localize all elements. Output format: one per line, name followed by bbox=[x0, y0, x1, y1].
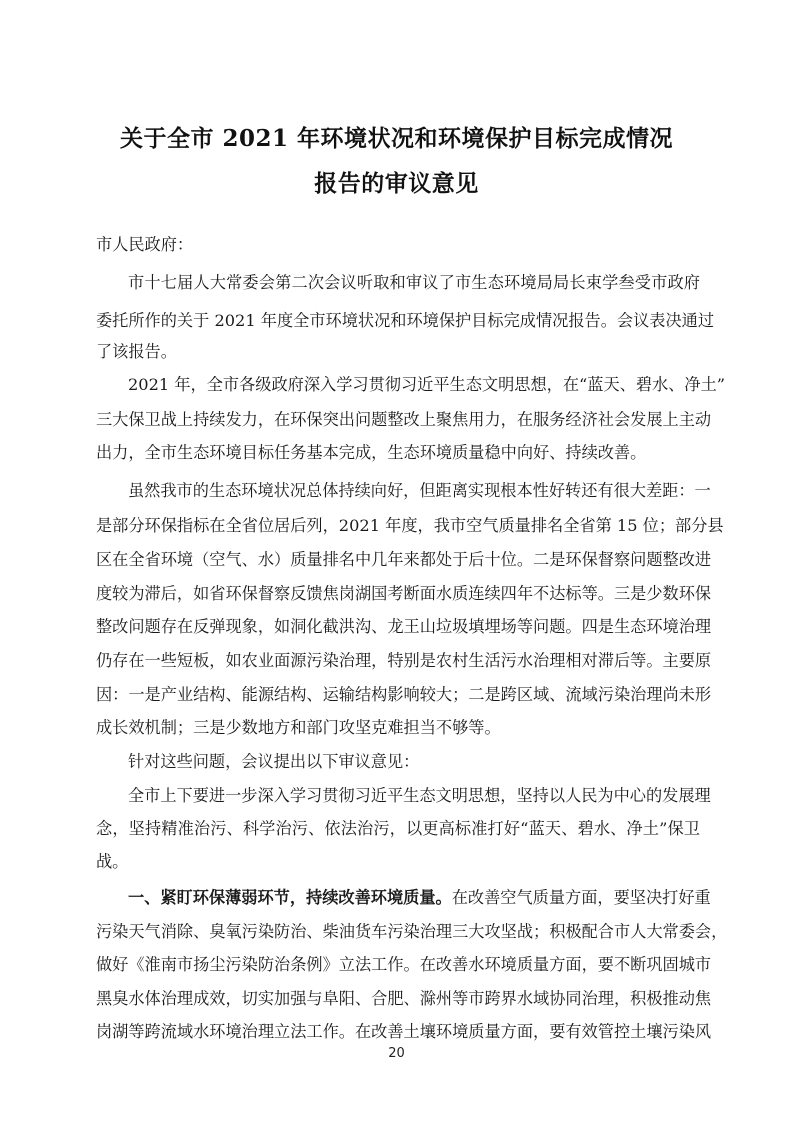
document-title-line-1: 关于全市 2021 年环境状况和环境保护目标完成情况 bbox=[0, 120, 793, 153]
paragraph-line: 针对这些问题，会议提出以下审议意见： bbox=[128, 752, 700, 772]
paragraph-line: 污染天气消除、臭氧污染防治、柴油货车污染治理三大攻坚战；积极配合市人大常委会， bbox=[96, 922, 700, 942]
section-heading: 一、紧盯环保薄弱环节，持续改善环境质量。 bbox=[128, 888, 452, 907]
paragraph-line: 岗湖等跨流域水环境治理立法工作。在改善土壤环境质量方面，要有效管控土壤污染风 bbox=[96, 1022, 700, 1042]
paragraph-line: 念，坚持精准治污、科学治污、依法治污，以更高标准打好“蓝天、碧水、净土”保卫 bbox=[96, 819, 700, 839]
paragraph-line: 是部分环保指标在全省位居后列，2021 年度，我市空气质量排名全省第 15 位；… bbox=[96, 516, 700, 536]
paragraph-line: 了该报告。 bbox=[96, 342, 700, 362]
paragraph-line: 全市上下要进一步深入学习贯彻习近平生态文明思想，坚持以人民为中心的发展理 bbox=[128, 786, 700, 806]
paragraph-line: 虽然我市的生态环境状况总体持续向好，但距离实现根本性好转还有很大差距：一 bbox=[128, 481, 700, 501]
document-title-line-2: 报告的审议意见 bbox=[0, 165, 793, 198]
paragraph-line: 委托所作的关于 2021 年度全市环境状况和环境保护目标完成情况报告。会议表决通… bbox=[96, 311, 700, 331]
paragraph-line: 2021 年，全市各级政府深入学习贯彻习近平生态文明思想，在“蓝天、碧水、净土” bbox=[128, 375, 700, 395]
paragraph-line: 市十七届人大常委会第二次会议听取和审议了市生态环境局局长束学叁受市政府 bbox=[128, 273, 700, 293]
paragraph-line-with-heading: 一、紧盯环保薄弱环节，持续改善环境质量。在改善空气质量方面，要坚决打好重 bbox=[128, 888, 700, 908]
paragraph-line: 仍存在一些短板，如农业面源污染治理，特别是农村生活污水治理相对滞后等。主要原 bbox=[96, 651, 700, 671]
paragraph-line: 因：一是产业结构、能源结构、运输结构影响较大；二是跨区域、流域污染治理尚未形 bbox=[96, 685, 700, 705]
page-number: 20 bbox=[0, 1046, 793, 1061]
paragraph-line: 度较为滞后，如省环保督察反馈焦岗湖国考断面水质连续四年不达标等。三是少数环保 bbox=[96, 584, 700, 604]
paragraph-line: 成长效机制；三是少数地方和部门攻坚克难担当不够等。 bbox=[96, 718, 700, 738]
paragraph-line: 黑臭水体治理成效，切实加强与阜阳、合肥、滁州等市跨界水域协同治理，积极推动焦 bbox=[96, 989, 700, 1009]
paragraph-line: 出力，全市生态环境目标任务基本完成，生态环境质量稳中向好、持续改善。 bbox=[96, 443, 700, 463]
document-page: 关于全市 2021 年环境状况和环境保护目标完成情况 报告的审议意见 市人民政府… bbox=[0, 0, 793, 1122]
paragraph-line: 整改问题存在反弹现象，如洞化截洪沟、龙王山垃圾填埋场等问题。四是生态环境治理 bbox=[96, 617, 700, 637]
paragraph-text: 在改善空气质量方面，要坚决打好重 bbox=[452, 888, 711, 907]
paragraph-line: 三大保卫战上持续发力，在环保突出问题整改上聚焦用力，在服务经济社会发展上主动 bbox=[96, 410, 700, 430]
paragraph-line: 做好《淮南市扬尘污染防治条例》立法工作。在改善水环境质量方面，要不断巩固城市 bbox=[96, 955, 700, 975]
paragraph-line: 战。 bbox=[96, 852, 700, 872]
salutation: 市人民政府： bbox=[96, 235, 700, 255]
paragraph-line: 区在全省环境（空气、水）质量排名中几年来都处于后十位。二是环保督察问题整改进 bbox=[96, 550, 700, 570]
